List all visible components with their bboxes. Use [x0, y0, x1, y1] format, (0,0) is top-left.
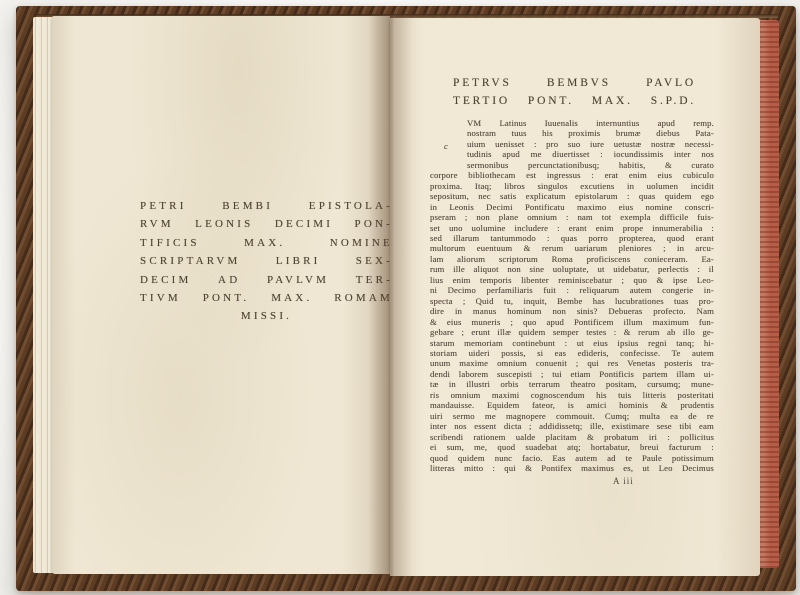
text-line: liusenimtemporislibenterreminiscebatur;q… [430, 275, 714, 285]
text-line: litterasmitto:qui&Pontifexmaximuses,utLe… [430, 463, 714, 473]
photo-background: PETRIBEMBIEPISTOLA-RVMLEONISDECIMIPON-TI… [0, 0, 800, 595]
text-line: rumillealiquotnonsineuoluptate,utuidebat… [430, 264, 714, 274]
text-line: inLeonisDecimiPontificatumaximoeiusnomin… [430, 202, 714, 212]
text-line: sepositum,necsatisexplicatumepistolarum:… [430, 191, 714, 201]
text-line: risomniummaximicognoscendumhistuislitter… [430, 390, 714, 400]
red-sprinkled-fore-edge [760, 20, 779, 568]
text-line: SCRIPTARVMLIBRISEX- [140, 252, 393, 270]
text-line: TERTIOPONT.MAX.S.P.D. [453, 93, 696, 111]
text-line: proxima.Itaq;librossingulosexcutiensinuo… [430, 181, 714, 191]
text-line: RVMLEONISDECIMIPON- [140, 215, 393, 233]
text-line: multorumeuentuum&rerumuariarumpleniores;… [430, 243, 714, 253]
text-line: setunouolumineincludere:erantenimpropein… [430, 223, 714, 233]
letter-heading: PETRVSBEMBVSPAVLOTERTIOPONT.MAX.S.P.D. [453, 75, 696, 110]
text-line: uiumuenisset:prosuoiureuetustænostrænece… [430, 139, 714, 149]
text-line: storiamuideripossis,sieasedideris,confec… [430, 348, 714, 358]
text-line: pseram;nonplaneomnium:namtotexempladiffi… [430, 212, 714, 222]
text-line: nostramtuushisproximisbrumædiebusPata- [430, 128, 714, 138]
flyleaf-page-edges [33, 17, 53, 573]
text-line: internosessentdicta;addidissetq;ille,exi… [430, 421, 714, 431]
book-binding-leather: PETRIBEMBIEPISTOLA-RVMLEONISDECIMIPON-TI… [16, 6, 796, 591]
text-line: dendilaboremsuscepisti;tuietiamPontifici… [430, 369, 714, 379]
text-line: &eiusmuneris;quoapudPontificemillummaxim… [430, 317, 714, 327]
text-line: lamaliorumscriptorumRomaproficiscensconi… [430, 254, 714, 264]
text-line: tæinillustriorbisterrarumtheatropositam,… [430, 379, 714, 389]
text-line: eisum,me,quodsuadebatatq;hortabatur,breu… [430, 442, 714, 452]
right-page: PETRVSBEMBVSPAVLOTERTIOPONT.MAX.S.P.D. c… [390, 18, 760, 576]
text-line: TIFICISMAX.NOMINE [140, 234, 393, 252]
signature-mark: A iii [430, 476, 714, 486]
text-line: sedillarumtantummodo:quasporropropterea,… [430, 233, 714, 243]
text-line: specta;Quidtu,inquit,Bembehaslucubration… [430, 296, 714, 306]
text-line: gebare;eruntillæquidemsempertestes:&reru… [430, 327, 714, 337]
text-line: unummaximeomniumconuenit;quiresVenetaspo… [430, 358, 714, 368]
text-line: VMLatinusIuuenalisinternuntiusapudremp. [430, 118, 714, 128]
text-line: niDecimoperfamiliarisfuit:reliquarumaute… [430, 285, 714, 295]
letter-body: c VMLatinusIuuenalisinternuntiusapudremp… [430, 118, 714, 473]
text-line: direinmanushominumnonsinis?Debuerasprofe… [430, 306, 714, 316]
text-line: scribendirationemualdeplacitam&probatumi… [430, 432, 714, 442]
text-line: sermonibuspercunctationibusq;habitis,&cu… [430, 160, 714, 170]
text-line: uirisermomemagnoperecommouit.Cumq;multae… [430, 411, 714, 421]
text-line: PETRIBEMBIEPISTOLA- [140, 197, 393, 215]
text-line: MISSI. [140, 307, 393, 325]
text-line: quodquidemnuncfacio.EasautemadtePaulepot… [430, 453, 714, 463]
text-line: PETRVSBEMBVSPAVLO [453, 75, 696, 93]
text-line: mandauisse.Equidemfateor,isamicihominis&… [430, 400, 714, 410]
left-page: PETRIBEMBIEPISTOLA-RVMLEONISDECIMIPON-TI… [52, 16, 390, 574]
title-block: PETRIBEMBIEPISTOLA-RVMLEONISDECIMIPON-TI… [140, 197, 393, 326]
text-line: corporebibliothecamestingressus:eratenim… [430, 170, 714, 180]
text-line: starummemoriamcontinebunt:uteiusipsiusre… [430, 338, 714, 348]
text-line: DECIMADPAVLVMTER- [140, 271, 393, 289]
text-line: TIVMPONT.MAX.ROMAM [140, 289, 393, 307]
text-line: tudinisapudmediuertisset:iocundissimisin… [430, 149, 714, 159]
initial-guide-letter: c [444, 141, 448, 151]
